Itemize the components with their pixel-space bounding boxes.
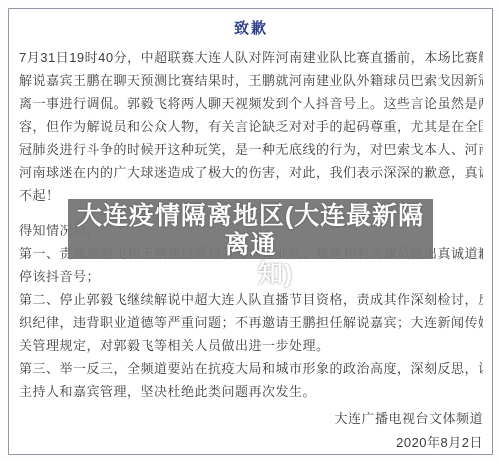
body-line: 关管理规定，对郭毅飞等相关人员做出进一步处理。 xyxy=(19,334,483,357)
body-line: 离一事进行调侃。郭毅飞将两人聊天视频发到个人抖音号上。这些言论虽然是两人私下聊天… xyxy=(19,92,483,115)
body-line: 第二、停止郭毅飞继续解说中超大连人队直播节目资格，责成其作深刻检讨，反思自己违反… xyxy=(19,288,483,311)
screenshot-stage: 致歉 7月31日19时40分，中超联赛大连人队对阵河南建业队比赛直播前，本场比赛… xyxy=(0,0,500,462)
body-line: 第三、举一反三，全频道要站在抗疫大局和城市形象的政治高度，深刻反思，认真整改，加… xyxy=(19,357,483,380)
body-line: 织纪律，违背职业道德等严重问题；不再邀请王鹏担任解说嘉宾；大连新闻传媒集团将依据… xyxy=(19,311,483,334)
body-line: 容，但作为解说员和公众人物，有关言论缺乏对对手的起码尊重，尤其是在全国人民正在与… xyxy=(19,115,483,138)
watermark-overlay: 大连疫情隔离地区(大连最新隔离通 知) xyxy=(68,199,433,259)
signature-org: 大连广播电视台文体频道 xyxy=(19,407,483,431)
watermark-title-line1: 大连疫情隔离地区(大连最新隔离通 xyxy=(68,202,433,260)
watermark-title-line2: 知) xyxy=(68,260,433,289)
body-line: 主持人和嘉宾管理，坚决杜绝此类问题再次发生。 xyxy=(19,380,483,403)
signature-block: 大连广播电视台文体频道 2020年8月2日 xyxy=(19,407,483,455)
body-line: 河南球迷在内的广大球迷造成了极大的伤害，对此，我们表示深深的歉意，真诚地说一声：… xyxy=(19,161,483,184)
body-line: 7月31日19时40分，中超联赛大连人队对阵河南建业队比赛直播前，本场比赛解说员… xyxy=(19,46,483,69)
body-line: 解说嘉宾王鹏在聊天预测比赛结果时，王鹏就河南建业队外籍球员巴索戈因新冠肺炎阳性被… xyxy=(19,69,483,92)
document-title: 致歉 xyxy=(19,19,483,39)
signature-date: 2020年8月2日 xyxy=(19,431,483,455)
body-line: 冠肺炎进行斗争的时候开这种玩笑，是一种无底线的行为，对巴索戈本人、河南建业队和包… xyxy=(19,138,483,161)
